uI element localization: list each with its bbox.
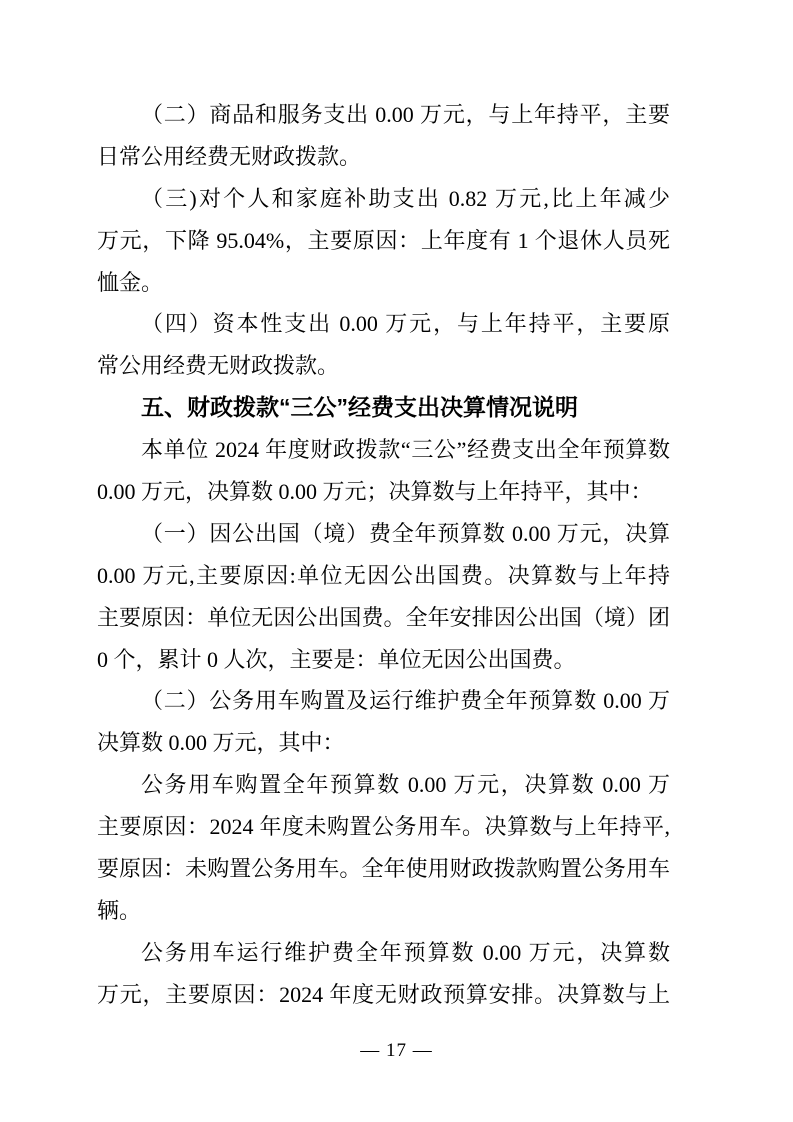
text-line: 0.00 万元，决算数 0.00 万元；决算数与上年持平，其中： bbox=[97, 471, 670, 513]
text-line: 主要原因：2024 年度未购置公务用车。决算数与上年持平,主 bbox=[97, 806, 670, 848]
text-line: 要原因：未购置公务用车。全年使用财政拨款购置公务用车 0 bbox=[97, 848, 670, 890]
text-line: 万元，主要原因：2024 年度无财政预算安排。决算数与上年持 bbox=[97, 974, 670, 1016]
text-line: （三)对个人和家庭补助支出 0.82 万元,比上年减少 15.67 bbox=[97, 178, 670, 220]
text-line: 公务用车购置全年预算数 0.00 万元，决算数 0.00 万元， bbox=[97, 764, 670, 806]
document-body: （二）商品和服务支出 0.00 万元，与上年持平，主要原因：日常公用经费无财政拨… bbox=[97, 94, 670, 1016]
text-line: 0.00 万元,主要原因:单位无因公出国费。决算数与上年持平， bbox=[97, 555, 670, 597]
text-line: 公务用车运行维护费全年预算数 0.00 万元，决算数 0.00 bbox=[97, 932, 670, 974]
text-line: 决算数 0.00 万元，其中： bbox=[97, 722, 670, 764]
text-line: （一）因公出国（境）费全年预算数 0.00 万元，决算数 bbox=[97, 513, 670, 555]
text-line: 0 个，累计 0 人次，主要是：单位无因公出国费。 bbox=[97, 639, 670, 681]
text-line: （二）商品和服务支出 0.00 万元，与上年持平，主要原因： bbox=[97, 94, 670, 136]
text-line: 主要原因：单位无因公出国费。全年安排因公出国（境）团组 bbox=[97, 597, 670, 639]
text-line: 恤金。 bbox=[97, 262, 670, 304]
document-page: （二）商品和服务支出 0.00 万元，与上年持平，主要原因：日常公用经费无财政拨… bbox=[0, 0, 793, 1122]
section-heading: 五、财政拨款“三公”经费支出决算情况说明 bbox=[97, 387, 670, 429]
text-line: 辆。 bbox=[97, 890, 670, 932]
text-line: （四）资本性支出 0.00 万元，与上年持平，主要原因：日 bbox=[97, 303, 670, 345]
text-line: 万元，下降 95.04%，主要原因：上年度有 1 个退休人员死亡抚 bbox=[97, 220, 670, 262]
text-line: 常公用经费无财政拨款。 bbox=[97, 345, 670, 387]
text-line: 日常公用经费无财政拨款。 bbox=[97, 136, 670, 178]
page-footer: — 17 — bbox=[0, 1040, 793, 1062]
page-number: — 17 — bbox=[360, 1040, 433, 1061]
text-line: （二）公务用车购置及运行维护费全年预算数 0.00 万元， bbox=[97, 680, 670, 722]
text-line: 本单位 2024 年度财政拨款“三公”经费支出全年预算数 bbox=[97, 429, 670, 471]
